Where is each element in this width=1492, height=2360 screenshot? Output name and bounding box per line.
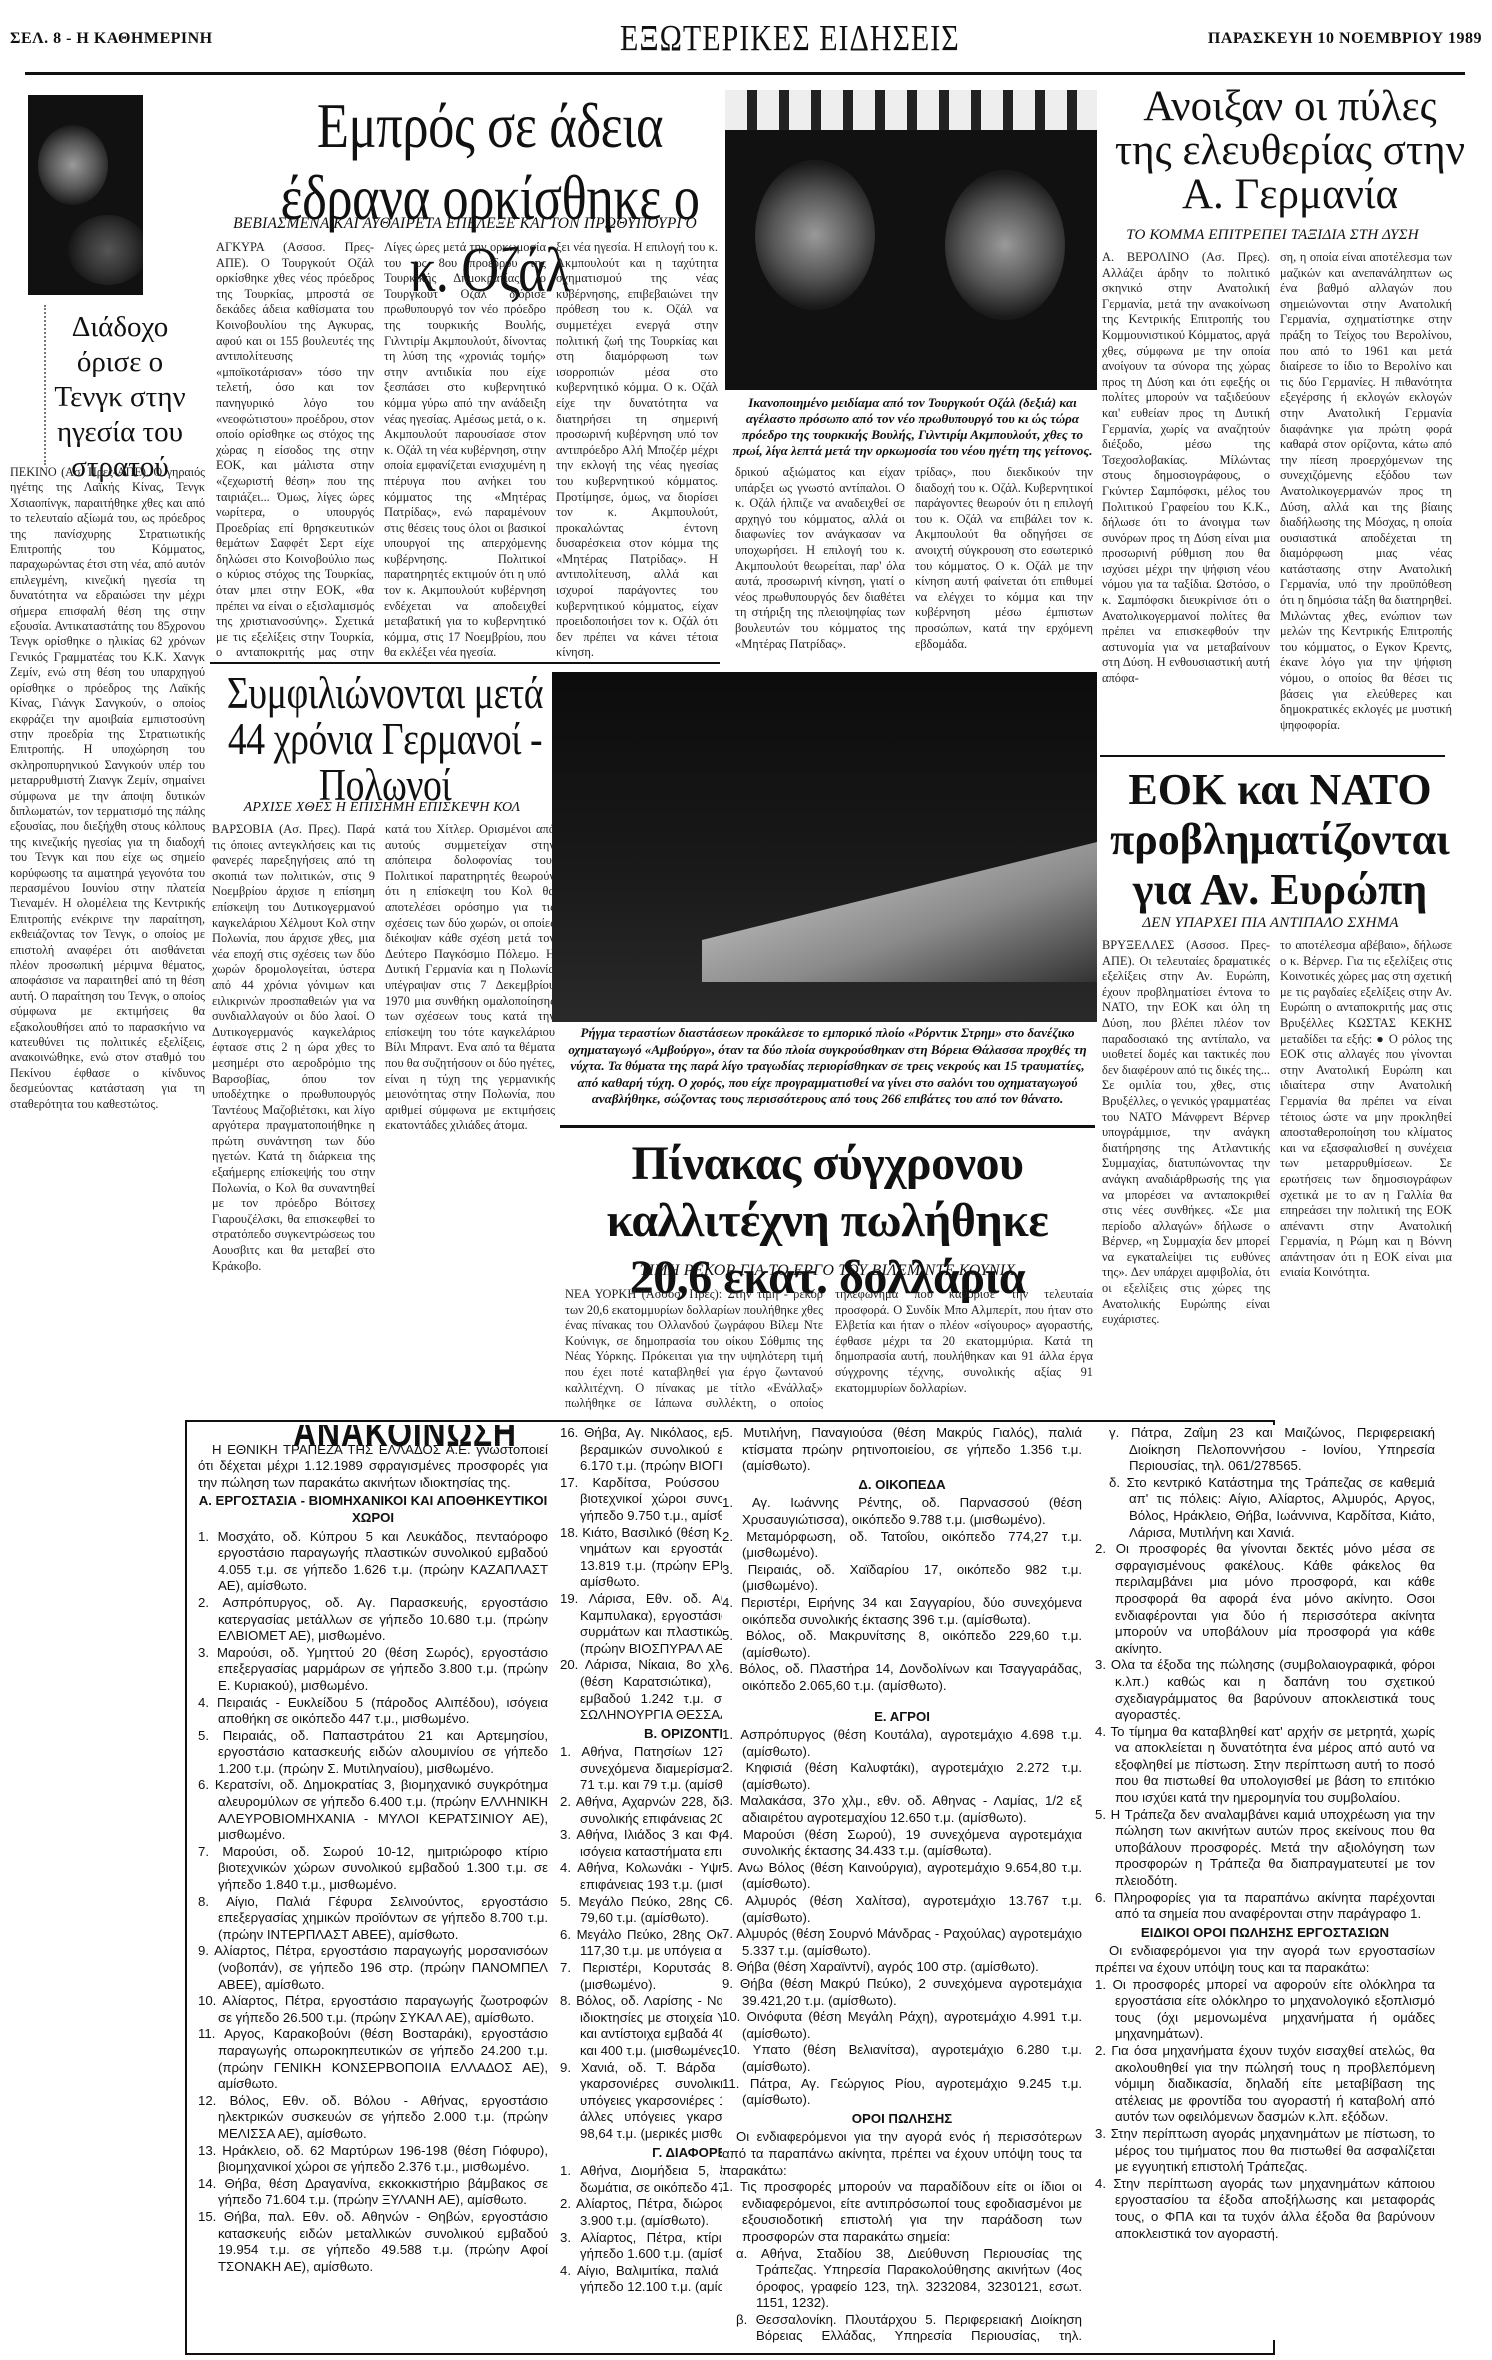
masthead: ΣΕΛ. 8 - Η ΚΑΘΗΜΕΡΙΝΗ ΕΞΩΤΕΡΙΚΕΣ ΕΙΔΗΣΕΙ… [0, 18, 1492, 58]
germany-headline: Ανοιξαν οι πύλες της ελευθερίας στην Α. … [1110, 85, 1470, 217]
ozal-col3: ξει νέα ηγεσία. Η επιλογή του κ. Ακμπουλ… [556, 240, 718, 660]
list-item: 8. Θήβα (θέση Χαραϊντνί), αγρός 100 στρ.… [722, 1959, 1082, 1976]
list-item: 1. Τις προσφορές μπορούν να παραδίδουν ε… [722, 2179, 1082, 2245]
poland-headline: Συμφιλιώνονται μετά 44 χρόνια Γερμανοί -… [221, 670, 549, 808]
ozal-col2: Λίγες ώρες μετά την ορκωμοσία του ως 8ου… [384, 240, 546, 660]
terms-intro: Οι ενδιαφερόμενοι για την αγορά ενός ή π… [722, 2129, 1082, 2179]
list-item: 7. Μαρούσι, οδ. Σωρού 10-12, ημιτριώροφο… [198, 1844, 548, 1894]
masthead-rule [25, 72, 1465, 75]
section-e-list: 1. Ασπρόπυργος (θέση Κουτάλα), αγροτεμάχ… [722, 1727, 1082, 2109]
list-item: 1. Ασπρόπυργος (θέση Κουτάλα), αγροτεμάχ… [722, 1727, 1082, 1760]
list-item: 2. Για όσα μηχανήματα έχουν τυχόν εισαχθ… [1095, 2043, 1435, 2126]
list-item: 3. Ολα τα έξοδα της πώλησης (συμβολαιογρ… [1095, 1657, 1435, 1723]
factory-terms-intro: Οι ενδιαφερόμενοι για την αγορά των εργο… [1095, 1943, 1435, 1976]
painting-rule [560, 1125, 1095, 1128]
list-item: 2. Μεταμόρφωση, οδ. Τατοΐου, οικόπεδο 77… [722, 1529, 1082, 1562]
list-item: 14. Θήβα, θέση Δραγανίνα, εκκοκκιστήριο … [198, 2176, 548, 2209]
deng-headline: Διάδοχο όρισε ο Τενγκ στην ηγεσία του στ… [50, 310, 190, 485]
list-item: 3. Μαλακάσα, 37ο χλμ., εθν. οδ. Αθηνας -… [722, 1793, 1082, 1826]
section-c-list-cont: 5. Μυτιλήνη, Παναγιούσα (θέση Μακρύς Για… [722, 1425, 1082, 1475]
list-item: 6. Κερατσίνι, οδ. Δημοκρατίας 3, βιομηχα… [198, 1777, 548, 1843]
deng-photo [28, 95, 143, 295]
list-item: 6. Βόλος, οδ. Πλαστήρα 14, Δονδολίνων κα… [722, 1661, 1082, 1694]
factory-terms-title: ΕΙΔΙΚΟΙ ΟΡΟΙ ΠΩΛΗΣΗΣ ΕΡΓΟΣΤΑΣΙΩΝ [1095, 1925, 1435, 1942]
list-item: 10. Αλίαρτος, Πέτρα, εργοστάσιο παραγωγή… [198, 1993, 548, 2026]
germany-rule [1100, 755, 1445, 757]
page-number-label: ΣΕΛ. 8 - Η ΚΑΘΗΜΕΡΙΝΗ [10, 30, 213, 48]
painting-col2: τηλεφώνημα πού καθόρισε την τελευταία πρ… [835, 1287, 1093, 1412]
list-item: 10. Υπατο (θέση Βελιανίτσα), αγροτεμάχιο… [722, 2042, 1082, 2075]
announcement: ΑΝΑΚΟΙΝΩΣΗ Η ΕΘΝΙΚΗ ΤΡΑΠΕΖΑ ΤΗΣ ΕΛΛΑΔΟΣ … [198, 1425, 548, 2345]
list-item: 1. Μοσχάτο, οδ. Κύπρου 5 και Λευκάδος, π… [198, 1529, 548, 1595]
section-a-title: Α. ΕΡΓΟΣΤΑΣΙΑ - ΒΙΟΜΗΧΑΝΙΚΟΙ ΚΑΙ ΑΠΟΘΗΚΕ… [198, 1493, 548, 1526]
list-item: 5. Βόλος, οδ. Μακρυνίτσης 8, οικόπεδο 22… [722, 1628, 1082, 1661]
list-item: 4. Το τίμημα θα καταβληθεί κατ' αρχήν σε… [1095, 1724, 1435, 1807]
ozal-photo-caption: Ικανοποιημένο μειδίαμα από τον Τουργκούτ… [730, 395, 1095, 459]
poland-col1: ΒΑΡΣΟΒΙΑ (Ασ. Πρες). Παρά τις όποιες αντ… [212, 822, 375, 1410]
deng-body: ΠΕΚΙΝΟ (Ασ. Πρες-ΑΠΕ). Ο γηραιός ηγέτης … [10, 465, 205, 1410]
germany-col1: Α. ΒΕΡΟΛΙΝΟ (Ασ. Πρες). Αλλάζει άρδην το… [1102, 250, 1270, 740]
section-a-list: 1. Μοσχάτο, οδ. Κύπρου 5 και Λευκάδος, π… [198, 1529, 548, 2276]
list-item: 2. Κηφισιά (θέση Καλυφτάκι), αγροτεμάχιο… [722, 1760, 1082, 1793]
list-item: 3. Στην περίπτωση αγοράς μηχανημάτων με … [1095, 2126, 1435, 2176]
nato-col2: το αποτέλεσμα αβέβαιο», δήλωσε ο κ. Βέρν… [1280, 938, 1452, 1413]
section-d-title: Δ. ΟΙΚΟΠΕΔΑ [722, 1477, 1082, 1494]
list-item: 3. Μαρούσι, οδ. Υμηττού 20 (θέση Σωρός),… [198, 1645, 548, 1695]
column-divider [44, 305, 46, 465]
list-item: 4. Μαρούσι (θέση Σωρού), 19 συνεχόμενα α… [722, 1827, 1082, 1860]
list-item: 11. Αργος, Καρακοβούνι (θέση Βοσταράκι),… [198, 2026, 548, 2092]
ozal-col5: τρίδας», που διεκδικούν την διαδοχή του … [915, 465, 1093, 660]
list-item: 4. Πειραιάς - Ευκλείδου 5 (πάροδος Αλιπέ… [198, 1695, 548, 1728]
nato-col1: ΒΡΥΞΕΛΛΕΣ (Ασσοσ. Πρες-ΑΠΕ). Οι τελευταί… [1102, 938, 1270, 1413]
list-item: 13. Ηράκλειο, οδ. 62 Μαρτύρων 196-198 (θ… [198, 2143, 548, 2176]
list-item: 4. Περιστέρι, Ειρήνης 34 και Σαγγαρίου, … [722, 1595, 1082, 1628]
poland-col2: κατά του Χίτλερ. Ορισμένοι από αυτούς συ… [385, 822, 555, 1410]
list-item: 3. Πειραιάς, οδ. Χαϊδαρίου 17, οικόπεδο … [722, 1562, 1082, 1595]
list-item: 9. Θήβα (θέση Μακρύ Πεύκο), 2 συνεχόμενα… [722, 1976, 1082, 2009]
list-item: 6. Αλμυρός (θέση Χαλίτσα), αγροτεμάχιο 1… [722, 1893, 1082, 1926]
poland-rule [210, 662, 720, 664]
list-item: 10. Οινόφυτα (θέση Μεγάλη Ράχη), αγροτεμ… [722, 2009, 1082, 2042]
list-item: β. Θεσσαλονίκη. Πλουτάρχου 5. Περιφερεια… [736, 2312, 1082, 2345]
section-title: ΕΞΩΤΕΡΙΚΕΣ ΕΙΔΗΣΕΙΣ [620, 18, 960, 61]
terms-list: 1. Τις προσφορές μπορούν να παραδίδουν ε… [722, 2179, 1082, 2345]
list-item: 1. Αγ. Ιωάννης Ρέντης, οδ. Παρνασσού (θέ… [722, 1495, 1082, 1528]
section-d-list: 1. Αγ. Ιωάννης Ρέντης, οδ. Παρνασσού (θέ… [722, 1495, 1082, 1694]
list-item: α. Αθήνα, Σταδίου 38, Διεύθυνση Περιουσί… [736, 2246, 1082, 2312]
nato-headline: ΕΟΚ και ΝΑΤΟ προβληματίζονται για Αν. Ευ… [1110, 765, 1450, 915]
list-item: 9. Αλίαρτος, Πέτρα, εργοστάσιο παραγωγής… [198, 1943, 548, 1993]
ozal-photo [725, 90, 1097, 390]
list-item: 7. Αλμυρός (θέση Σουρνό Μάνδρας - Ραχούλ… [722, 1926, 1082, 1959]
list-item: 8. Αίγιο, Παλιά Γέφυρα Σελινούντος, εργο… [198, 1894, 548, 1944]
ship-hull [702, 842, 1097, 982]
list-item: 1. Οι προσφορές μπορεί να αφορούν είτε ο… [1095, 1977, 1435, 2043]
poland-kicker: ΑΡΧΙΣΕ ΧΘΕΣ Η ΕΠΙΣΗΜΗ ΕΠΙΣΚΕΨΗ ΚΟΛ [212, 800, 552, 816]
list-item: 5. Ανω Βόλος (θέση Καινούργια), αγροτεμά… [722, 1860, 1082, 1893]
list-item: 2. Οι προσφορές θα γίνονται δεκτές μόνο … [1095, 1541, 1435, 1657]
germany-kicker: ΤΟ ΚΟΜΜΑ ΕΠΙΤΡΕΠΕΙ ΤΑΞΙΔΙΑ ΣΤΗ ΔΥΣΗ [1100, 227, 1445, 244]
list-item: γ. Πάτρα, Ζαΐμη 23 και Μαιζώνος, Περιφερ… [1109, 1425, 1435, 1475]
section-e-title: Ε. ΑΓΡΟΙ [722, 1709, 1082, 1726]
terms-list-cont: γ. Πάτρα, Ζαΐμη 23 και Μαιζώνος, Περιφερ… [1095, 1425, 1435, 1923]
list-item: 4. Στην περίπτωση αγοράς των μηχανημάτων… [1095, 2176, 1435, 2242]
terms-title: ΟΡΟΙ ΠΩΛΗΣΗΣ [722, 2111, 1082, 2128]
germany-col2: ση, η οποία είναι αποτέλεσμα των μαζικών… [1280, 250, 1452, 740]
list-item: 5. Πειραιάς, οδ. Παπαστράτου 21 και Αρτε… [198, 1728, 548, 1778]
announcement-col4: γ. Πάτρα, Ζαΐμη 23 και Μαιζώνος, Περιφερ… [1095, 1425, 1435, 2340]
ozal-col4: δρικού αξιώματος και είχαν υπάρξει ως γν… [735, 465, 905, 660]
painting-kicker: ΤΙΜΗ ΡΕΚΟΡ ΓΙΑ ΤΟ ΕΡΓΟ ΤΟΥ ΒΙΛΕΜ ΝΤΕ ΚΟΥ… [560, 1262, 1095, 1280]
announcement-title: ΑΝΑΚΟΙΝΩΣΗ [293, 1425, 497, 1442]
list-item: 15. Θήβα, παλ. Εθν. οδ. Αθηνών - Θηβών, … [198, 2209, 548, 2275]
list-item: 11. Πάτρα, Αγ. Γεώργιος Ρίου, αγροτεμάχι… [722, 2076, 1082, 2109]
factory-terms-list: 1. Οι προσφορές μπορεί να αφορούν είτε ο… [1095, 1977, 1435, 2243]
nato-kicker: ΔΕΝ ΥΠΑΡΧΕΙ ΠΙΑ ΑΝΤΙΠΑΛΟ ΣΧΗΜΑ [1108, 915, 1433, 932]
issue-date: ΠΑΡΑΣΚΕΥΗ 10 ΝΟΕΜΒΡΙΟΥ 1989 [1208, 30, 1482, 48]
announcement-col3: 5. Μυτιλήνη, Παναγιούσα (θέση Μακρύς Για… [722, 1425, 1082, 2345]
list-item: δ. Στο κεντρικό Κατάστημα της Τράπεζας σ… [1109, 1475, 1435, 1541]
painting-col1: ΝΕΑ ΥΟΡΚΗ (Ασσοσ. Πρες): Στην τιμή - ρεκ… [565, 1287, 823, 1412]
ozal-kicker: ΒΕΒΙΑΣΜΕΝΑ ΚΑΙ ΑΥΘΑΙΡΕΤΑ ΕΠΕΛΕΞΕ ΚΑΙ ΤΟΝ… [215, 215, 715, 233]
list-item: 5. Μυτιλήνη, Παναγιούσα (θέση Μακρύς Για… [722, 1425, 1082, 1475]
ozal-col1: ΑΓΚΥΡΑ (Ασσοσ. Πρες-ΑΠΕ). Ο Τουργκούτ Οζ… [216, 240, 374, 660]
painting-headline: Πίνακας σύγχρονου καλλιτέχνη πωλήθηκε 20… [560, 1135, 1095, 1306]
list-item: 5. Η Τράπεζα δεν αναλαμβάνει καμιά υποχρ… [1095, 1807, 1435, 1890]
list-item: 6. Πληροφορίες για τα παραπάνω ακίνητα π… [1095, 1890, 1435, 1923]
ferry-photo [552, 672, 1097, 1022]
list-item: 12. Βόλος, Εθν. οδ. Βόλου - Αθήνας, εργο… [198, 2093, 548, 2143]
photo-sign [725, 90, 1097, 130]
list-item: 2. Ασπρόπυργος, οδ. Αγ. Παρασκευής, εργο… [198, 1595, 548, 1645]
ferry-caption: Ρήγμα τεραστίων διαστάσεων προκάλεσε το … [560, 1025, 1095, 1108]
